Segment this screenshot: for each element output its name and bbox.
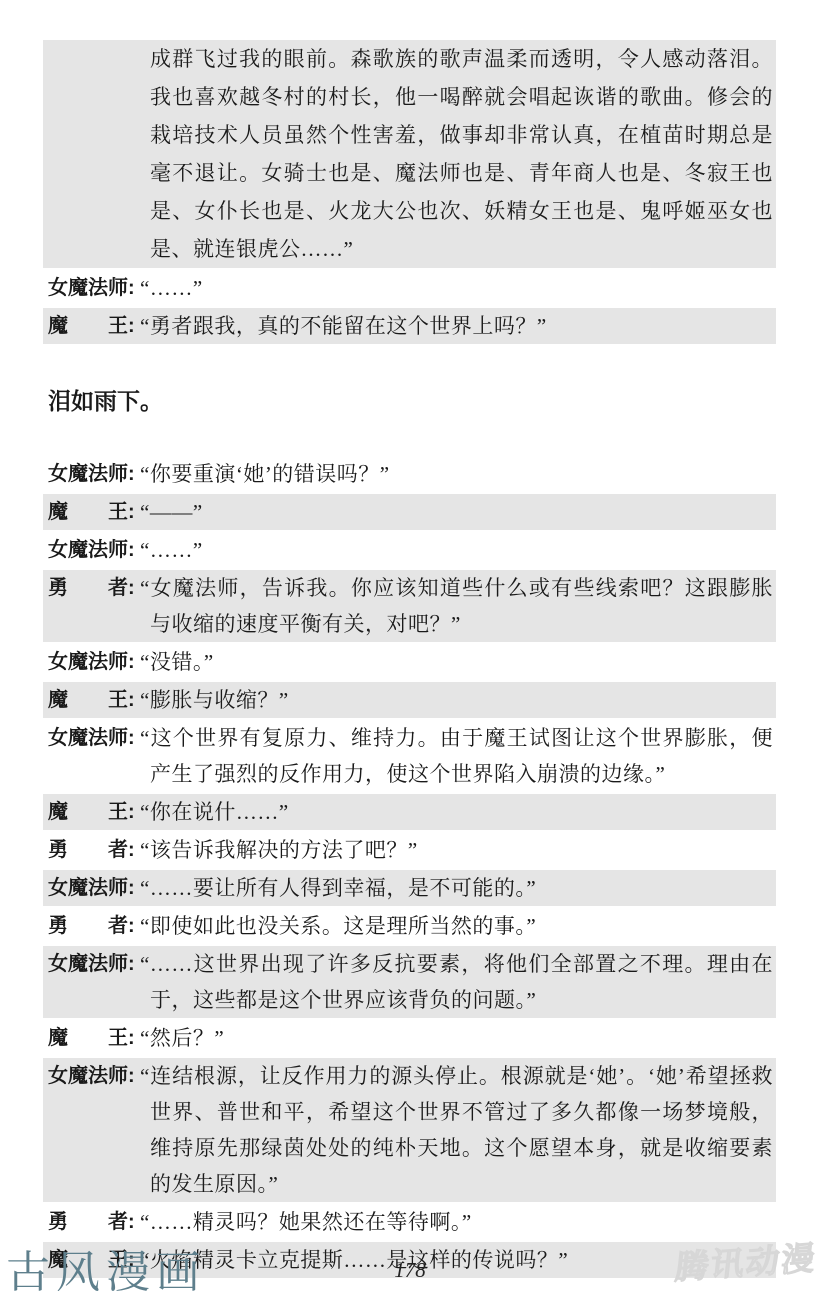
dialogue-row: 女魔法师:“这个世界有复原力、维持力。由于魔王试图让这个世界膨胀，便产生了强烈的… [43,720,776,792]
speaker-label: 勇 者: [48,908,150,944]
dialogue-row: 女魔法师:“……” [43,532,776,568]
speaker-label: 女魔法师: [48,532,150,568]
dialogue-row: 女魔法师:“……” [43,270,776,306]
dialogue-row: 女魔法师:“……要让所有人得到幸福，是不可能的。” [43,870,776,906]
speaker-label: 女魔法师: [48,1058,150,1094]
dialogue-text: “勇者跟我，真的不能留在这个世界上吗？” [150,308,773,344]
speaker-label: 女魔法师: [48,270,150,306]
dialogue-text: “——” [150,494,773,530]
continuation-paragraph: 成群飞过我的眼前。森歌族的歌声温柔而透明，令人感动落泪。我也喜欢越冬村的村长，他… [43,40,776,268]
dialogue-row: 魔 王:“——” [43,494,776,530]
dialogue-text: “你要重演‘她’的错误吗？” [150,456,773,492]
speaker-label: 女魔法师: [48,870,150,906]
dialogue-text: “……” [150,532,773,568]
novel-text-page: 成群飞过我的眼前。森歌族的歌声温柔而透明，令人感动落泪。我也喜欢越冬村的村长，他… [0,0,820,1291]
speaker-label: 魔 王: [48,1020,150,1056]
dialogue-text: “连结根源，让反作用力的源头停止。根源就是‘她’。‘她’希望拯救世界、普世和平，… [150,1058,773,1202]
dialogue-row: 勇 者:“该告诉我解决的方法了吧？” [43,832,776,868]
dialogue-text: “……” [150,270,773,306]
speaker-label: 勇 者: [48,1204,150,1240]
narration-line: 泪如雨下。 [48,386,776,416]
dialogue-row: 女魔法师:“连结根源，让反作用力的源头停止。根源就是‘她’。‘她’希望拯救世界、… [43,1058,776,1202]
dialogue-text: “没错。” [150,644,773,680]
dialogue-text: “该告诉我解决的方法了吧？” [150,832,773,868]
dialogue-text: “这个世界有复原力、维持力。由于魔王试图让这个世界膨胀，便产生了强烈的反作用力，… [150,720,773,792]
dialogue-row: 女魔法师:“你要重演‘她’的错误吗？” [43,456,776,492]
dialogue-row: 勇 者:“……精灵吗？她果然还在等待啊。” [43,1204,776,1240]
dialogue-row: 勇 者:“即使如此也没关系。这是理所当然的事。” [43,908,776,944]
speaker-label: 女魔法师: [48,720,150,756]
speaker-label: 女魔法师: [48,456,150,492]
speaker-label: 魔 王: [48,794,150,830]
speaker-label: 勇 者: [48,832,150,868]
speaker-label: 魔 王: [48,682,150,718]
dialogue-text: “……要让所有人得到幸福，是不可能的。” [150,870,773,906]
dialogue-row: 魔 王:“然后？” [43,1020,776,1056]
dialogue-row: 女魔法师:“……这世界出现了许多反抗要素，将他们全部置之不理。理由在于，这些都是… [43,946,776,1018]
speaker-label: 魔 王: [48,308,150,344]
dialogue-text: “……精灵吗？她果然还在等待啊。” [150,1204,773,1240]
dialogue-text: “膨胀与收缩？” [150,682,773,718]
dialogue-row: 魔 王:“勇者跟我，真的不能留在这个世界上吗？” [43,308,776,344]
speaker-label: 魔 王: [48,494,150,530]
dialogue-row: 魔 王:“膨胀与收缩？” [43,682,776,718]
dialogue-text: “你在说什……” [150,794,773,830]
dialogue-row: 勇 者:“女魔法师，告诉我。你应该知道些什么或有些线索吧？这跟膨胀与收缩的速度平… [43,570,776,642]
dialogue-text: “即使如此也没关系。这是理所当然的事。” [150,908,773,944]
dialogue-row: 魔 王:“你在说什……” [43,794,776,830]
dialogue-text: “女魔法师，告诉我。你应该知道些什么或有些线索吧？这跟膨胀与收缩的速度平衡有关，… [150,570,773,642]
dialogue-text: “……这世界出现了许多反抗要素，将他们全部置之不理。理由在于，这些都是这个世界应… [150,946,773,1018]
dialogue-text: “然后？” [150,1020,773,1056]
dialogue-row: 女魔法师:“没错。” [43,644,776,680]
speaker-label: 勇 者: [48,570,150,606]
speaker-label: 女魔法师: [48,644,150,680]
dialogue-sections: 成群飞过我的眼前。森歌族的歌声温柔而透明，令人感动落泪。我也喜欢越冬村的村长，他… [43,40,776,1280]
speaker-label: 女魔法师: [48,946,150,982]
